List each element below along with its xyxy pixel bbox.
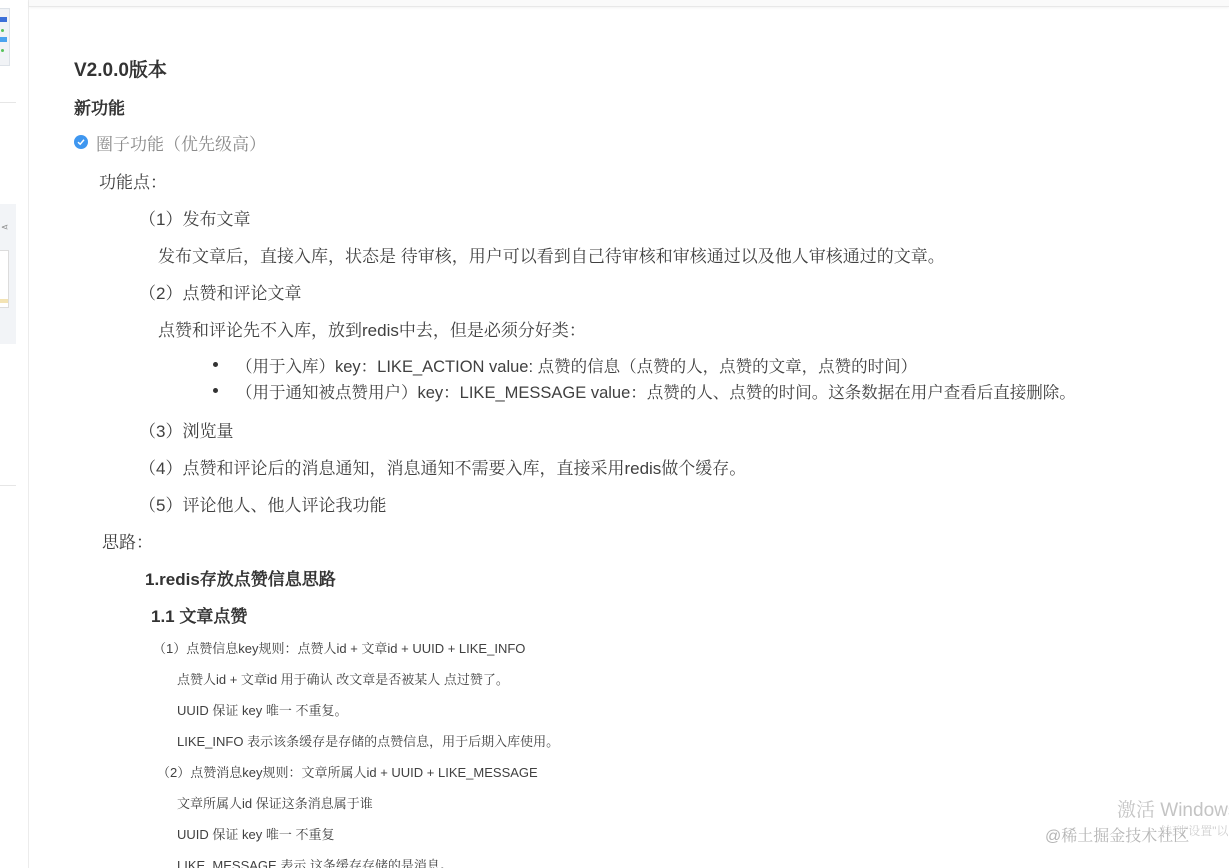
- check-icon: [77, 138, 85, 146]
- feature-title: （1）发布文章: [139, 205, 250, 230]
- list-item: （用于入库）key：LIKE_ACTION value: 点赞的信息（点赞的人，…: [236, 353, 917, 377]
- bullet-icon: [213, 388, 218, 393]
- activate-windows-watermark: 激活 Windows: [1117, 795, 1229, 822]
- feature-title: （2）点赞和评论文章: [139, 279, 301, 304]
- feature-desc: 点赞和评论先不入库，放到redis中去，但是必须分好类：: [158, 316, 586, 341]
- rule-line: LIKE_INFO 表示该条缓存是存储的点赞信息，用于后期入库使用。: [177, 731, 559, 750]
- feature-title: （4）点赞和评论后的消息通知，消息通知不需要入库，直接采用redis做个缓存。: [139, 454, 746, 479]
- section-heading: 新功能: [74, 94, 125, 119]
- rule-line: 文章所属人id 保证这条消息属于谁: [177, 793, 373, 812]
- divider: [0, 102, 16, 103]
- rule-line: UUID 保证 key 唯一 不重复。: [177, 700, 347, 719]
- feature-title: （5）评论他人、他人评论我功能: [139, 491, 386, 516]
- task-label: 圈子功能（优先级高）: [96, 130, 266, 155]
- rule-title: （2）点赞消息key规则：文章所属人id + UUID + LIKE_MESSA…: [157, 762, 538, 781]
- rule-title: （1）点赞信息key规则：点赞人id + 文章id + UUID + LIKE_…: [153, 638, 525, 657]
- share-icon[interactable]: ⋖: [1, 222, 9, 233]
- sidebar-thumbnail[interactable]: [0, 8, 10, 66]
- subsection-heading: 1.1 文章点赞: [151, 602, 247, 627]
- rule-line: LIKE_MESSAGE 表示 这条缓存存储的是消息。: [177, 855, 453, 868]
- rule-line: 点赞人id + 文章id 用于确认 改文章是否被某人 点过赞了。: [177, 669, 509, 688]
- feature-title: （3）浏览量: [139, 417, 233, 442]
- doc-title: V2.0.0版本: [74, 55, 167, 82]
- feature-desc: 发布文章后，直接入库，状态是 待审核，用户可以看到自己待审核和审核通过以及他人审…: [158, 242, 945, 267]
- top-toolbar-edge: [29, 0, 1229, 7]
- left-sidebar: ⋖: [0, 0, 29, 868]
- divider: [0, 485, 16, 486]
- bullet-icon: [213, 362, 218, 367]
- site-watermark: @稀土掘金技术社区: [1045, 823, 1189, 846]
- subsection-heading: 1.redis存放点赞信息思路: [145, 565, 336, 590]
- feature-points-label: 功能点：: [99, 168, 167, 193]
- sidebar-card[interactable]: ⋖: [0, 204, 16, 344]
- task-checkbox[interactable]: [74, 135, 88, 149]
- list-item: （用于通知被点赞用户）key：LIKE_MESSAGE value：点赞的人、点…: [236, 379, 1076, 403]
- rule-line: UUID 保证 key 唯一 不重复: [177, 824, 334, 843]
- thinking-label: 思路：: [102, 528, 153, 553]
